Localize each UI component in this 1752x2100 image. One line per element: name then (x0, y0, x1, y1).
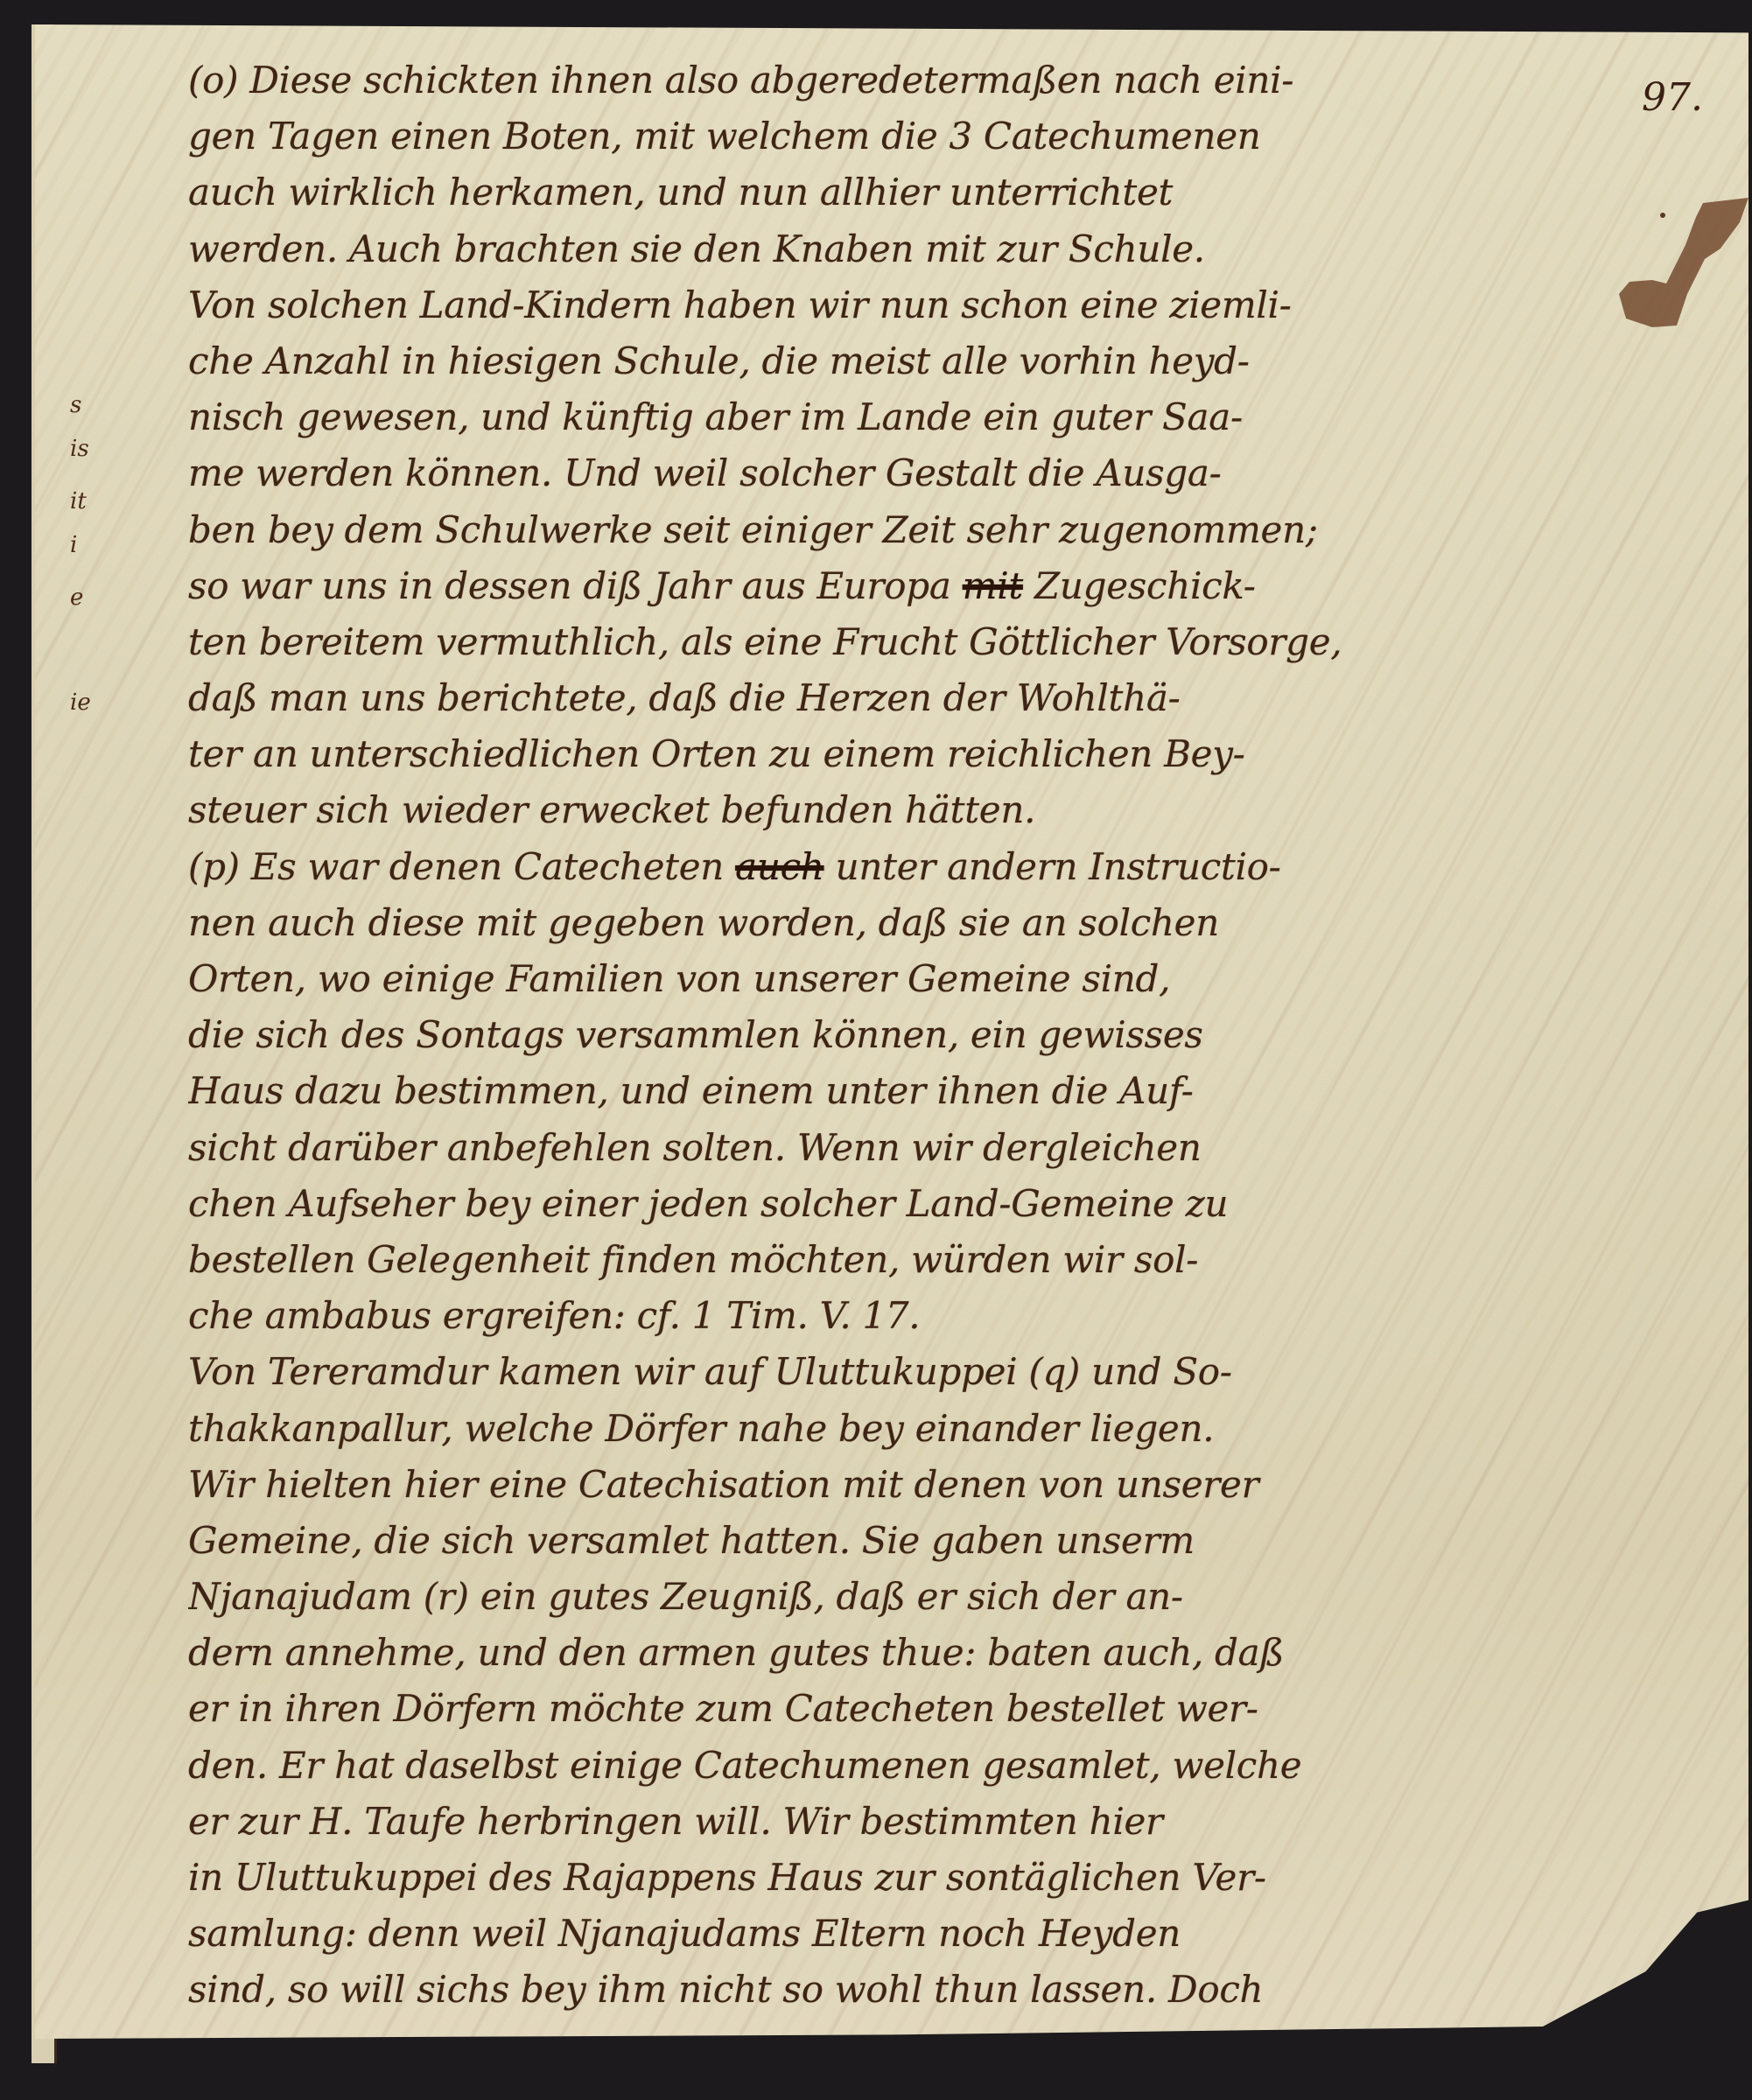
ink-stain-icon (1617, 196, 1752, 332)
text-line: nisch gewesen, und künftig aber im Lande… (188, 389, 1536, 445)
margin-fragment: it (70, 488, 87, 514)
text-line: (p) Es war denen Catecheten auch unter a… (188, 839, 1536, 895)
text-line: (o) Diese schickten ihnen also abgeredet… (188, 52, 1536, 108)
text-line: Gemeine, die sich versamlet hatten. Sie … (188, 1513, 1536, 1569)
manuscript-page: s is it i e ie 97. (o) Diese schickten i… (35, 24, 1748, 2063)
text-line: Haus dazu bestimmen, und einem unter ihn… (188, 1063, 1536, 1119)
text-line: Njanajudam (r) ein gutes Zeugniß, daß er… (188, 1569, 1536, 1625)
manuscript-text: (o) Diese schickten ihnen also abgeredet… (188, 52, 1536, 2019)
text-line: me werden können. Und weil solcher Gesta… (188, 445, 1536, 501)
struck-out-word: mit (963, 564, 1023, 607)
text-line: er zur H. Taufe herbringen will. Wir bes… (188, 1794, 1536, 1850)
text-line: Von Tereramdur kamen wir auf Uluttukuppe… (188, 1344, 1536, 1400)
text-line: den. Er hat daselbst einige Catechumenen… (188, 1738, 1536, 1794)
text-line: sind, so will sichs bey ihm nicht so woh… (188, 1962, 1536, 2018)
text-line: gen Tagen einen Boten, mit welchem die 3… (188, 108, 1536, 164)
text-line: Von solchen Land-Kindern haben wir nun s… (188, 277, 1536, 333)
text-line: bestellen Gelegenheit finden möchten, wü… (188, 1232, 1536, 1288)
text-line: samlung: denn weil Njanajudams Eltern no… (188, 1906, 1536, 1962)
text-line: ten bereitem vermuthlich, als eine Fruch… (188, 614, 1536, 670)
margin-fragment: i (70, 532, 77, 558)
text-line: thakkanpallur, welche Dörfer nahe bey ei… (188, 1401, 1536, 1457)
text-line: daß man uns berichtete, daß die Herzen d… (188, 670, 1536, 726)
margin-fragment: is (70, 436, 89, 462)
margin-fragment: ie (70, 689, 91, 716)
text-line: Wir hielten hier eine Catechisation mit … (188, 1457, 1536, 1513)
folio-number: 97. (1642, 75, 1703, 120)
text-line: in Uluttukuppei des Rajappens Haus zur s… (188, 1850, 1536, 1906)
text-line: sicht darüber anbefehlen solten. Wenn wi… (188, 1120, 1536, 1176)
text-line: ter an unterschiedlichen Orten zu einem … (188, 726, 1536, 782)
text-line: so war uns in dessen diß Jahr aus Europa… (188, 558, 1536, 614)
text-line: che ambabus ergreifen: cf. 1 Tim. V. 17. (188, 1288, 1536, 1344)
text-line: nen auch diese mit gegeben worden, daß s… (188, 895, 1536, 951)
struck-out-word: auch (735, 845, 823, 888)
text-line: ben bey dem Schulwerke seit einiger Zeit… (188, 502, 1536, 558)
text-line: die sich des Sontags versammlen können, … (188, 1007, 1536, 1063)
text-line: werden. Auch brachten sie den Knaben mit… (188, 221, 1536, 277)
text-line: er in ihren Dörfern möchte zum Catechete… (188, 1681, 1536, 1737)
text-line: steuer sich wieder erwecket befunden hät… (188, 782, 1536, 838)
text-line: Orten, wo einige Familien von unserer Ge… (188, 951, 1536, 1007)
text-line: che Anzahl in hiesigen Schule, die meist… (188, 333, 1536, 389)
text-line: dern annehme, und den armen gutes thue: … (188, 1625, 1536, 1681)
margin-fragment: e (70, 584, 83, 611)
text-line: chen Aufseher bey einer jeden solcher La… (188, 1176, 1536, 1232)
text-line: auch wirklich herkamen, und nun allhier … (188, 164, 1536, 220)
margin-fragment: s (70, 392, 81, 418)
